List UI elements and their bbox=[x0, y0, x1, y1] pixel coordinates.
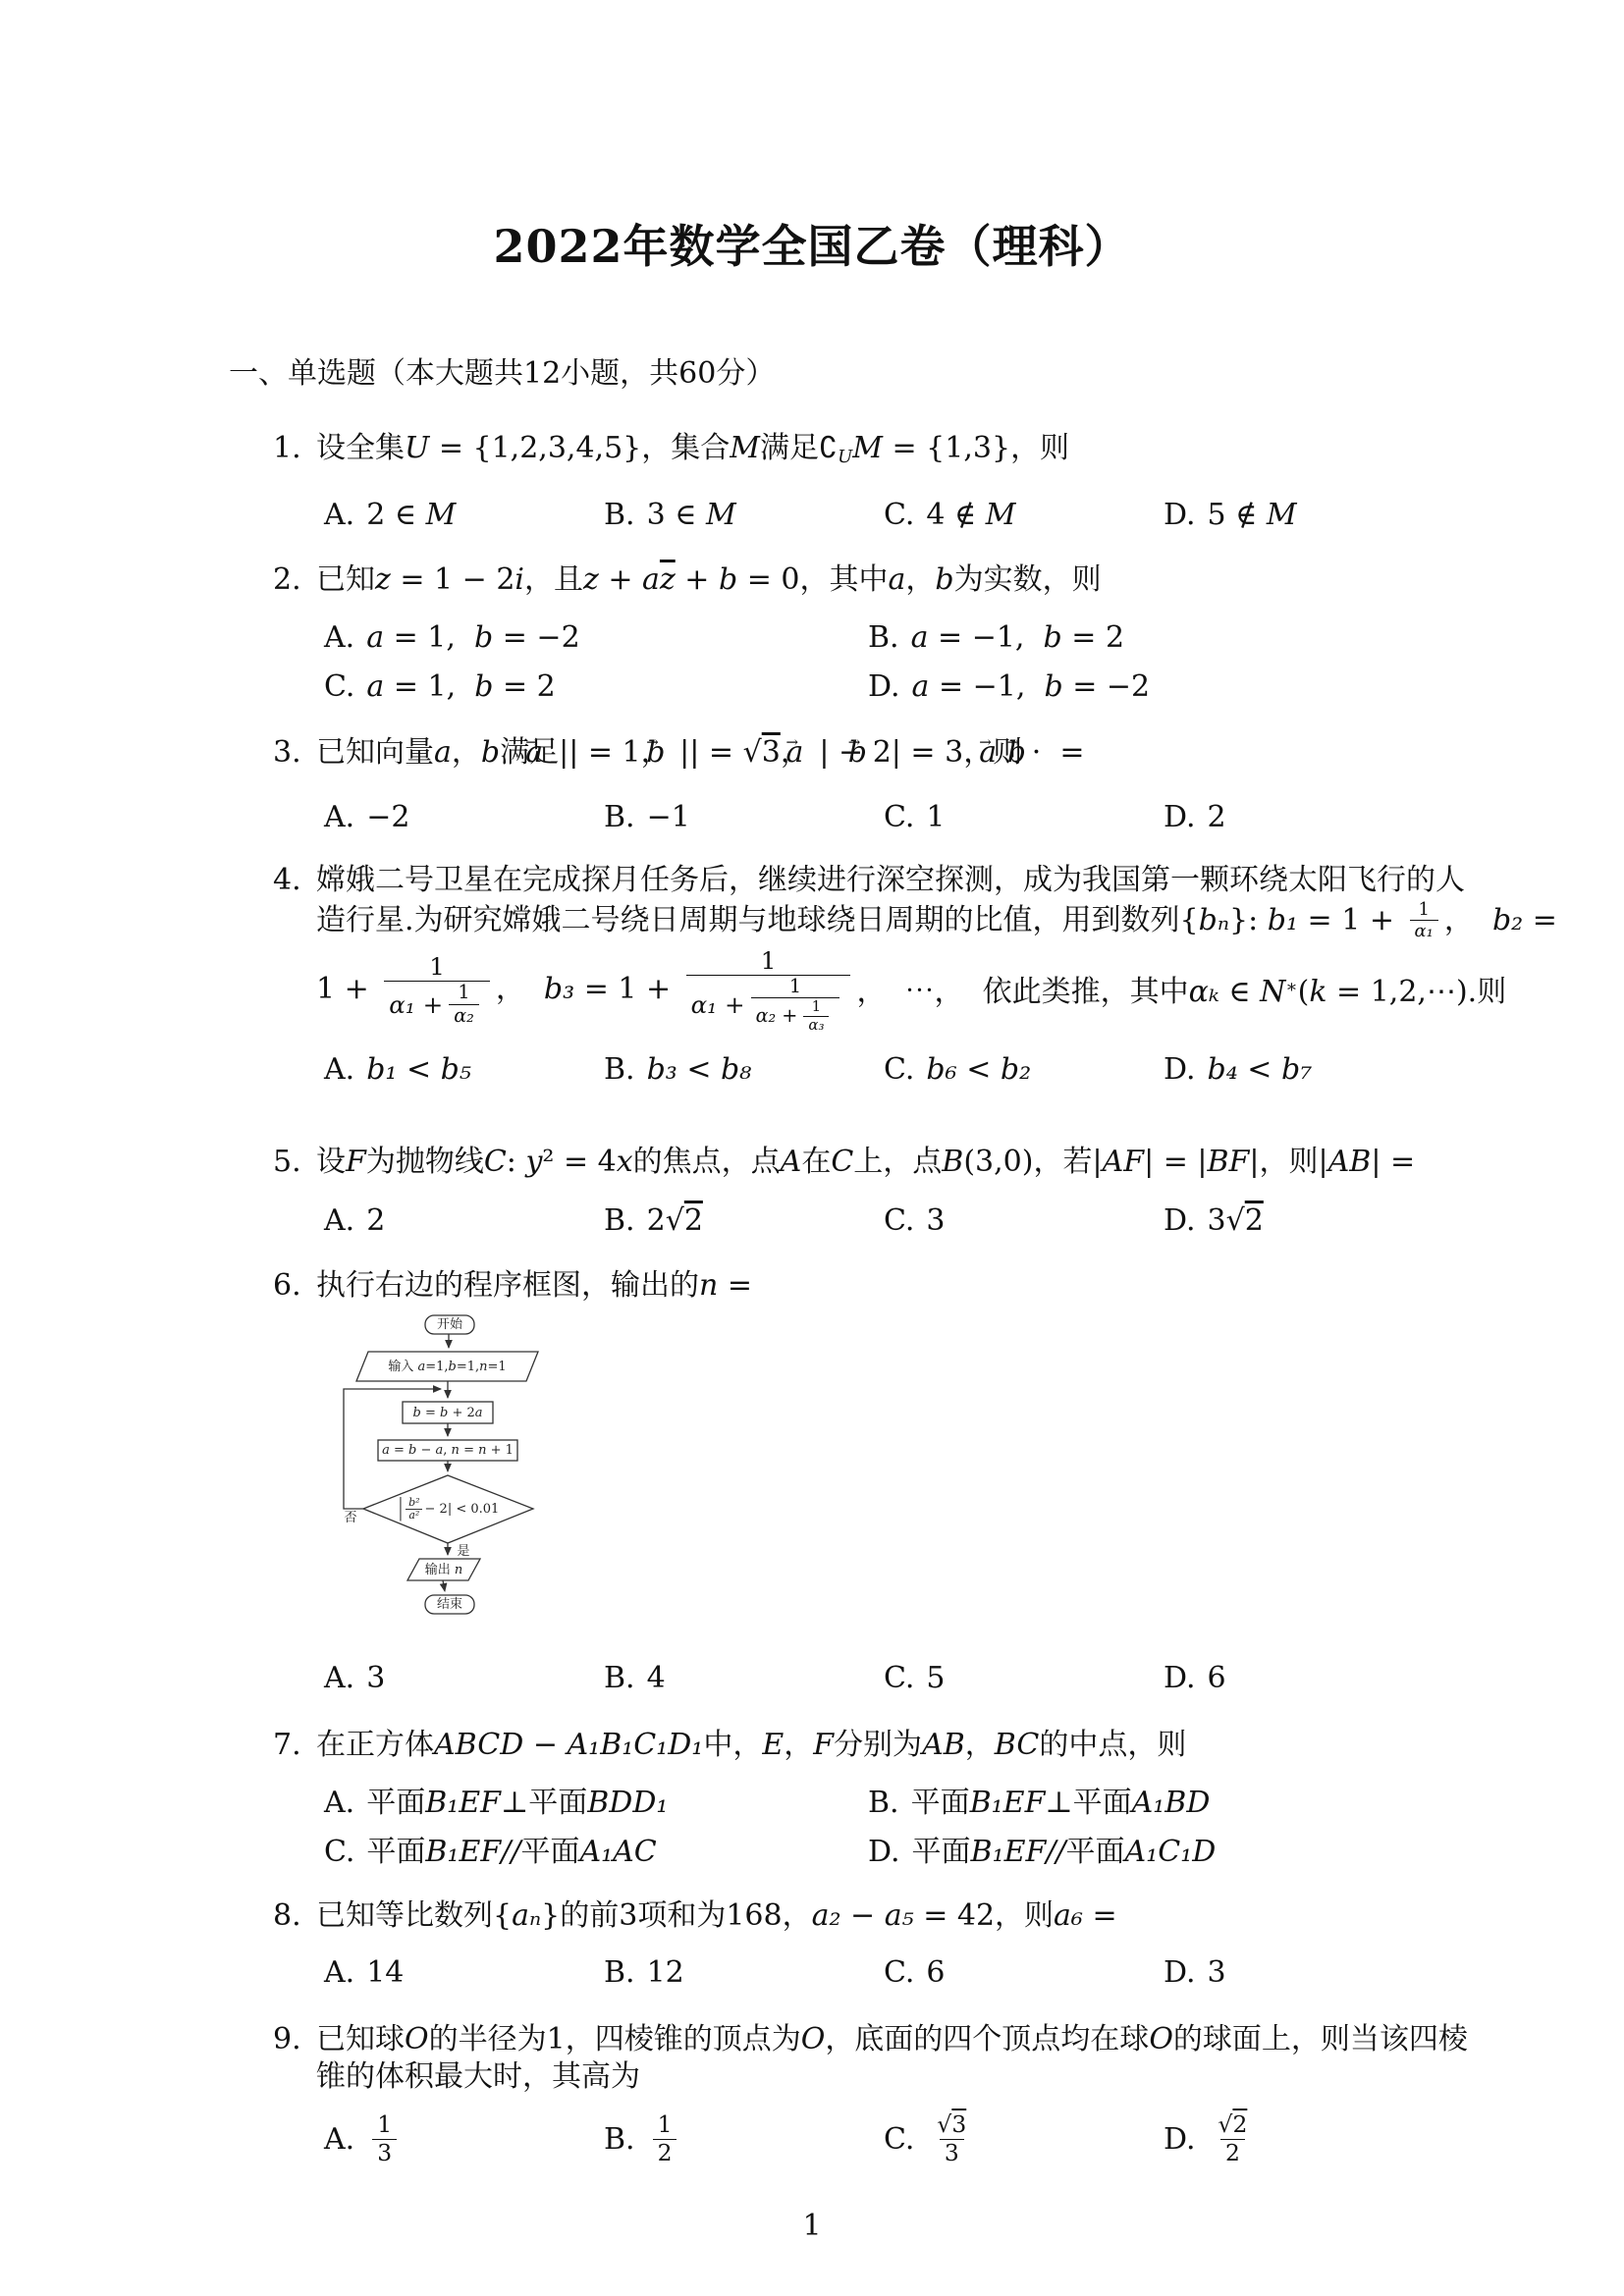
option-text: 12 bbox=[647, 1954, 684, 1992]
question-4-text-line2a: 造行星.为研究嫦娥二号绕日周期与地球绕日周期的比值，用到数列{bₙ}: b₁ =… bbox=[316, 902, 1404, 939]
condition-tail: − 2| < 0.01 bbox=[425, 1503, 500, 1517]
question-6-options: A.3 B.4 C.5 D.6 bbox=[324, 1660, 1624, 1697]
denominator-term: α₁ + bbox=[389, 990, 443, 1019]
question-5-text: 设F为抛物线C: y² = 4x的焦点，点A在C上，点B(3,0)，若|AF| … bbox=[316, 1145, 1415, 1179]
question-6-stem: 6.执行右边的程序框图，输出的n = bbox=[273, 1267, 1624, 1305]
option-label: C. bbox=[884, 1954, 914, 1992]
option-text: 平面B₁EF⊥平面A₁BD bbox=[911, 1782, 1211, 1825]
question-9-stem-line1: 9.已知球O的半径为1，四棱锥的顶点为O，底面的四个顶点均在球O的球面上，则当该… bbox=[273, 2021, 1624, 2058]
option-label: A. bbox=[324, 497, 354, 534]
question-3-option-d: D.2 bbox=[1164, 799, 1624, 836]
option-label: D. bbox=[1164, 1202, 1196, 1240]
option-text: −2 bbox=[366, 799, 409, 836]
fraction-denominator: a² bbox=[406, 1509, 422, 1522]
assign1-node-label: b = b + 2a bbox=[403, 1402, 493, 1423]
option-text: b₁ < b₅ bbox=[366, 1051, 471, 1089]
question-9-options: A.13 B.12 C.√33 D.√22 bbox=[324, 2111, 1624, 2166]
option-label: C. bbox=[884, 497, 914, 534]
question-8-option-b: B.12 bbox=[604, 1954, 884, 1992]
question-3-option-c: C.1 bbox=[884, 799, 1164, 836]
option-label: D. bbox=[1164, 1954, 1196, 1992]
question-4-option-b: B.b₃ < b₈ bbox=[604, 1051, 884, 1089]
fraction-denominator: α₁ + 1α₂ bbox=[384, 981, 490, 1027]
question-4-stem-line1: 4.嫦娥二号卫星在完成探月任务后，继续进行深空探测，成为我国第一颗环绕太阳飞行的… bbox=[273, 862, 1624, 899]
question-7-options: A.平面B₁EF⊥平面BDD₁ B.平面B₁EF⊥平面A₁BD C.平面B₁EF… bbox=[324, 1782, 1624, 1874]
question-4-text-line2b: ， b₂ = bbox=[1444, 902, 1557, 939]
option-label: A. bbox=[324, 1782, 354, 1825]
question-4-text-line3pre: 1 + bbox=[316, 971, 378, 1008]
option-text: 5 bbox=[926, 1660, 945, 1697]
fraction-denominator: α₂ bbox=[449, 1004, 479, 1028]
question-2-option-a: A.a = 1, b = −2 bbox=[324, 616, 868, 660]
option-text: 6 bbox=[926, 1954, 945, 1992]
question-8-number: 8. bbox=[273, 1897, 316, 1935]
question-6-option-c: C.5 bbox=[884, 1660, 1164, 1697]
question-2-option-d: D.a = −1, b = −2 bbox=[868, 666, 1624, 709]
fraction-denominator: 2 bbox=[653, 2139, 677, 2167]
fraction-numerator: 1 bbox=[807, 998, 827, 1016]
option-label: B. bbox=[604, 497, 635, 534]
fraction-denominator: α₁ bbox=[1410, 920, 1438, 941]
option-label: B. bbox=[604, 1660, 635, 1697]
option-label: A. bbox=[324, 1202, 354, 1240]
option-label: C. bbox=[884, 1051, 914, 1089]
fraction-b2: 1 α₁ + 1α₂ bbox=[384, 952, 490, 1027]
question-4-option-d: D.b₄ < b₇ bbox=[1164, 1051, 1624, 1089]
option-text: a = −1, b = 2 bbox=[911, 616, 1124, 660]
option-text: a = 1, b = 2 bbox=[366, 666, 555, 709]
option-text: 2√2 bbox=[647, 1202, 703, 1240]
question-5-option-c: C.3 bbox=[884, 1202, 1164, 1240]
option-label: C. bbox=[884, 2121, 914, 2159]
branch-yes-label: 是 bbox=[455, 1544, 472, 1559]
option-text: 3√2 bbox=[1208, 1202, 1264, 1240]
decision-node-label: | b²a² − 2| < 0.01 bbox=[363, 1475, 533, 1543]
output-node-label: 输出 n bbox=[407, 1559, 480, 1580]
denominator-term: α₂ + bbox=[756, 1005, 798, 1028]
option-label: D. bbox=[1164, 497, 1196, 534]
question-7-option-d: D.平面B₁EF//平面A₁C₁D bbox=[868, 1831, 1624, 1874]
option-label: B. bbox=[604, 1202, 635, 1240]
question-8-option-d: D.3 bbox=[1164, 1954, 1624, 1992]
question-4-text-line3mid: ， b₃ = 1 + bbox=[496, 971, 680, 1008]
option-text: 3 bbox=[926, 1202, 945, 1240]
question-8-option-a: A.14 bbox=[324, 1954, 604, 1992]
question-9-stem-line2: 锥的体积最大时，其高为 bbox=[316, 2058, 1624, 2096]
option-text: 3 bbox=[366, 1660, 385, 1697]
question-9-text-line1: 已知球O的半径为1，四棱锥的顶点为O，底面的四个顶点均在球O的球面上，则当该四棱 bbox=[316, 2022, 1468, 2056]
fraction-denominator: 3 bbox=[940, 2139, 964, 2167]
option-label: B. bbox=[868, 616, 899, 660]
option-text: b₆ < b₂ bbox=[926, 1051, 1031, 1089]
option-label: D. bbox=[1164, 799, 1196, 836]
question-9-option-d: D.√22 bbox=[1164, 2111, 1624, 2166]
question-3-text: 已知向量a，b满足|a| = 1， |b| = √3， |a − 2b| = 3… bbox=[316, 735, 1084, 770]
page-title: 2022年数学全国乙卷（理科） bbox=[0, 221, 1624, 273]
question-1-option-b: B.3 ∈ M bbox=[604, 497, 884, 534]
option-text: b₄ < b₇ bbox=[1208, 1051, 1313, 1089]
fraction-denominator: 2 bbox=[1220, 2139, 1245, 2167]
question-1-text: 设全集U = {1,2,3,4,5}，集合M满足∁UM = {1,3}，则 bbox=[316, 431, 1069, 465]
question-6-option-a: A.3 bbox=[324, 1660, 604, 1697]
fraction-numerator: 1 bbox=[424, 952, 450, 981]
option-text: 6 bbox=[1208, 1660, 1226, 1697]
question-1-stem: 1.设全集U = {1,2,3,4,5}，集合M满足∁UM = {1,3}，则 bbox=[273, 430, 1624, 476]
question-3-option-b: B.−1 bbox=[604, 799, 884, 836]
question-9-text-line2: 锥的体积最大时，其高为 bbox=[316, 2059, 640, 2094]
question-4-number: 4. bbox=[273, 862, 316, 899]
end-node-label: 结束 bbox=[425, 1595, 474, 1614]
option-fraction: √22 bbox=[1214, 2111, 1253, 2166]
option-label: A. bbox=[324, 1954, 354, 1992]
question-3-option-a: A.−2 bbox=[324, 799, 604, 836]
question-1-options: A.2 ∈ M B.3 ∈ M C.4 ∉ M D.5 ∉ M bbox=[324, 497, 1624, 534]
option-label: B. bbox=[604, 2121, 635, 2159]
fraction-denominator: α₂ + 1α₃ bbox=[751, 997, 840, 1034]
question-4-option-c: C.b₆ < b₂ bbox=[884, 1051, 1164, 1089]
option-label: C. bbox=[884, 799, 914, 836]
option-label: A. bbox=[324, 2121, 354, 2159]
option-label: B. bbox=[604, 1954, 635, 1992]
question-5-option-b: B.2√2 bbox=[604, 1202, 884, 1240]
option-text: a = −1, b = −2 bbox=[912, 666, 1151, 709]
question-5-number: 5. bbox=[273, 1144, 316, 1181]
question-1-number: 1. bbox=[273, 430, 316, 467]
question-8-options: A.14 B.12 C.6 D.3 bbox=[324, 1954, 1624, 1992]
condition-fraction: b²a² bbox=[406, 1497, 422, 1522]
question-6-number: 6. bbox=[273, 1267, 316, 1305]
branch-no-label: 否 bbox=[341, 1510, 360, 1525]
question-7-option-b: B.平面B₁EF⊥平面A₁BD bbox=[868, 1782, 1624, 1825]
question-2-option-c: C.a = 1, b = 2 bbox=[324, 666, 868, 709]
fraction-b3: 1 α₁ + 1α₂ + 1α₃ bbox=[686, 946, 851, 1035]
question-2-number: 2. bbox=[273, 561, 316, 599]
exam-page: 2022年数学全国乙卷（理科） 一、单选题（本大题共12小题，共60分） 1.设… bbox=[0, 0, 1624, 2296]
option-label: D. bbox=[1164, 1051, 1196, 1089]
question-5-options: A.2 B.2√2 C.3 D.3√2 bbox=[324, 1202, 1624, 1240]
fraction-numerator: 1 bbox=[756, 946, 782, 975]
start-node-label: 开始 bbox=[425, 1315, 474, 1334]
abs-bar: | bbox=[399, 1497, 403, 1522]
option-text: 平面B₁EF//平面A₁AC bbox=[366, 1831, 656, 1874]
question-4-text-line3post: ， ⋯， 依此类推，其中αₖ ∈ N∗(k = 1,2,⋯).则 bbox=[856, 969, 1506, 1011]
option-label: D. bbox=[1164, 2121, 1196, 2159]
question-4-stem-line3: 1 + 1 α₁ + 1α₂ ， b₃ = 1 + 1 α₁ + 1α₂ + 1… bbox=[316, 946, 1624, 1035]
question-1-option-d: D.5 ∉ M bbox=[1164, 497, 1624, 534]
question-5-option-a: A.2 bbox=[324, 1202, 604, 1240]
option-label: A. bbox=[324, 616, 354, 660]
question-2-text: 已知z = 1 − 2i，且z + az + b = 0，其中a，b为实数，则 bbox=[316, 562, 1102, 597]
option-text: 14 bbox=[366, 1954, 404, 1992]
question-5-stem: 5.设F为抛物线C: y² = 4x的焦点，点A在C上，点B(3,0)，若|AF… bbox=[273, 1144, 1624, 1181]
question-7-option-c: C.平面B₁EF//平面A₁AC bbox=[324, 1831, 868, 1874]
question-9-option-c: C.√33 bbox=[884, 2111, 1164, 2166]
question-4-options: A.b₁ < b₅ B.b₃ < b₈ C.b₆ < b₂ D.b₄ < b₇ bbox=[324, 1051, 1624, 1089]
option-text: b₃ < b₈ bbox=[647, 1051, 752, 1089]
option-label: B. bbox=[604, 799, 635, 836]
option-label: C. bbox=[884, 1660, 914, 1697]
option-fraction: 13 bbox=[372, 2111, 397, 2166]
arrow-output-end bbox=[443, 1580, 445, 1591]
option-label: C. bbox=[884, 1202, 914, 1240]
question-4-stem-line2: 造行星.为研究嫦娥二号绕日周期与地球绕日周期的比值，用到数列{bₙ}: b₁ =… bbox=[316, 899, 1624, 941]
assign2-node-label: a = b − a, n = n + 1 bbox=[378, 1440, 517, 1461]
fraction-numerator: 1 bbox=[372, 2111, 397, 2139]
fraction-numerator: √2 bbox=[1214, 2111, 1253, 2139]
nested-fraction: 1α₂ + 1α₃ bbox=[751, 976, 840, 1035]
question-8-option-c: C.6 bbox=[884, 1954, 1164, 1992]
option-label: A. bbox=[324, 1660, 354, 1697]
fraction-denominator: 3 bbox=[372, 2139, 397, 2167]
fraction-denominator: α₃ bbox=[803, 1016, 829, 1035]
option-text: a = 1, b = −2 bbox=[366, 616, 579, 660]
option-fraction: 12 bbox=[653, 2111, 677, 2166]
input-node-label: 输入 a=1,b=1,n=1 bbox=[356, 1352, 538, 1381]
denominator-term: α₁ + bbox=[691, 990, 745, 1019]
page-number: 1 bbox=[0, 2209, 1624, 2243]
question-7-number: 7. bbox=[273, 1727, 316, 1764]
question-7-stem: 7.在正方体ABCD − A₁B₁C₁D₁中，E，F分别为AB，BC的中点，则 bbox=[273, 1727, 1624, 1764]
fraction-numerator: 1 bbox=[653, 2111, 677, 2139]
question-1-option-c: C.4 ∉ M bbox=[884, 497, 1164, 534]
question-8-stem: 8.已知等比数列{aₙ}的前3项和为168，a₂ − a₅ = 42，则a₆ = bbox=[273, 1897, 1624, 1935]
section-heading: 一、单选题（本大题共12小题，共60分） bbox=[229, 355, 1624, 393]
question-1-option-a: A.2 ∈ M bbox=[324, 497, 604, 534]
option-label: A. bbox=[324, 799, 354, 836]
question-9-option-a: A.13 bbox=[324, 2111, 604, 2166]
question-3-number: 3. bbox=[273, 734, 316, 772]
option-fraction: √33 bbox=[932, 2111, 971, 2166]
option-label: B. bbox=[868, 1782, 899, 1825]
option-text: 平面B₁EF//平面A₁C₁D bbox=[912, 1831, 1217, 1874]
question-6-option-d: D.6 bbox=[1164, 1660, 1624, 1697]
option-text: 1 bbox=[926, 799, 945, 836]
option-text: 3 bbox=[1208, 1954, 1226, 1992]
fraction-b1: 1α₁ bbox=[1410, 899, 1438, 941]
question-7-option-a: A.平面B₁EF⊥平面BDD₁ bbox=[324, 1782, 868, 1825]
fraction-denominator: α₁ + 1α₂ + 1α₃ bbox=[686, 975, 851, 1035]
fraction-numerator: 1 bbox=[1413, 899, 1434, 920]
fraction-numerator: √3 bbox=[932, 2111, 971, 2139]
fraction-numerator: b² bbox=[406, 1497, 422, 1509]
option-text: 平面B₁EF⊥平面BDD₁ bbox=[366, 1782, 668, 1825]
question-3-options: A.−2 B.−1 C.1 D.2 bbox=[324, 799, 1624, 836]
nested-fraction: 1α₃ bbox=[803, 998, 829, 1034]
option-text: 3 ∈ M bbox=[647, 497, 736, 534]
question-6-option-b: B.4 bbox=[604, 1660, 884, 1697]
option-text: 4 bbox=[647, 1660, 666, 1697]
question-9-number: 9. bbox=[273, 2021, 316, 2058]
question-4-option-a: A.b₁ < b₅ bbox=[324, 1051, 604, 1089]
question-3-stem: 3.已知向量a，b满足|a| = 1， |b| = √3， |a − 2b| =… bbox=[273, 734, 1624, 772]
fraction-numerator: 1 bbox=[453, 982, 474, 1004]
option-text: 5 ∉ M bbox=[1208, 497, 1297, 534]
question-6-text: 执行右边的程序框图，输出的n = bbox=[316, 1268, 752, 1303]
question-2-options: A.a = 1, b = −2 B.a = −1, b = 2 C.a = 1,… bbox=[324, 616, 1624, 709]
option-label: C. bbox=[324, 1831, 354, 1874]
question-5-option-d: D.3√2 bbox=[1164, 1202, 1624, 1240]
option-text: 2 ∈ M bbox=[366, 497, 456, 534]
program-flowchart: 开始 输入 a=1,b=1,n=1 b = b + 2a a = b − a, … bbox=[339, 1312, 643, 1625]
option-label: B. bbox=[604, 1051, 635, 1089]
option-label: C. bbox=[324, 666, 354, 709]
option-text: 2 bbox=[1208, 799, 1226, 836]
question-2-option-b: B.a = −1, b = 2 bbox=[868, 616, 1624, 660]
option-text: −1 bbox=[647, 799, 690, 836]
fraction-numerator: 1 bbox=[785, 976, 806, 998]
question-8-text: 已知等比数列{aₙ}的前3项和为168，a₂ − a₅ = 42，则a₆ = bbox=[316, 1898, 1117, 1933]
option-text: 4 ∉ M bbox=[926, 497, 1015, 534]
question-2-stem: 2.已知z = 1 − 2i，且z + az + b = 0，其中a，b为实数，… bbox=[273, 561, 1624, 599]
question-7-text: 在正方体ABCD − A₁B₁C₁D₁中，E，F分别为AB，BC的中点，则 bbox=[316, 1728, 1186, 1762]
question-9-option-b: B.12 bbox=[604, 2111, 884, 2166]
option-text: 2 bbox=[366, 1202, 385, 1240]
option-label: D. bbox=[868, 1831, 900, 1874]
nested-fraction: 1α₂ bbox=[449, 982, 479, 1027]
option-label: D. bbox=[868, 666, 900, 709]
option-label: A. bbox=[324, 1051, 354, 1089]
option-label: D. bbox=[1164, 1660, 1196, 1697]
question-4-text-line1: 嫦娥二号卫星在完成探月任务后，继续进行深空探测，成为我国第一颗环绕太阳飞行的人 bbox=[316, 863, 1465, 897]
